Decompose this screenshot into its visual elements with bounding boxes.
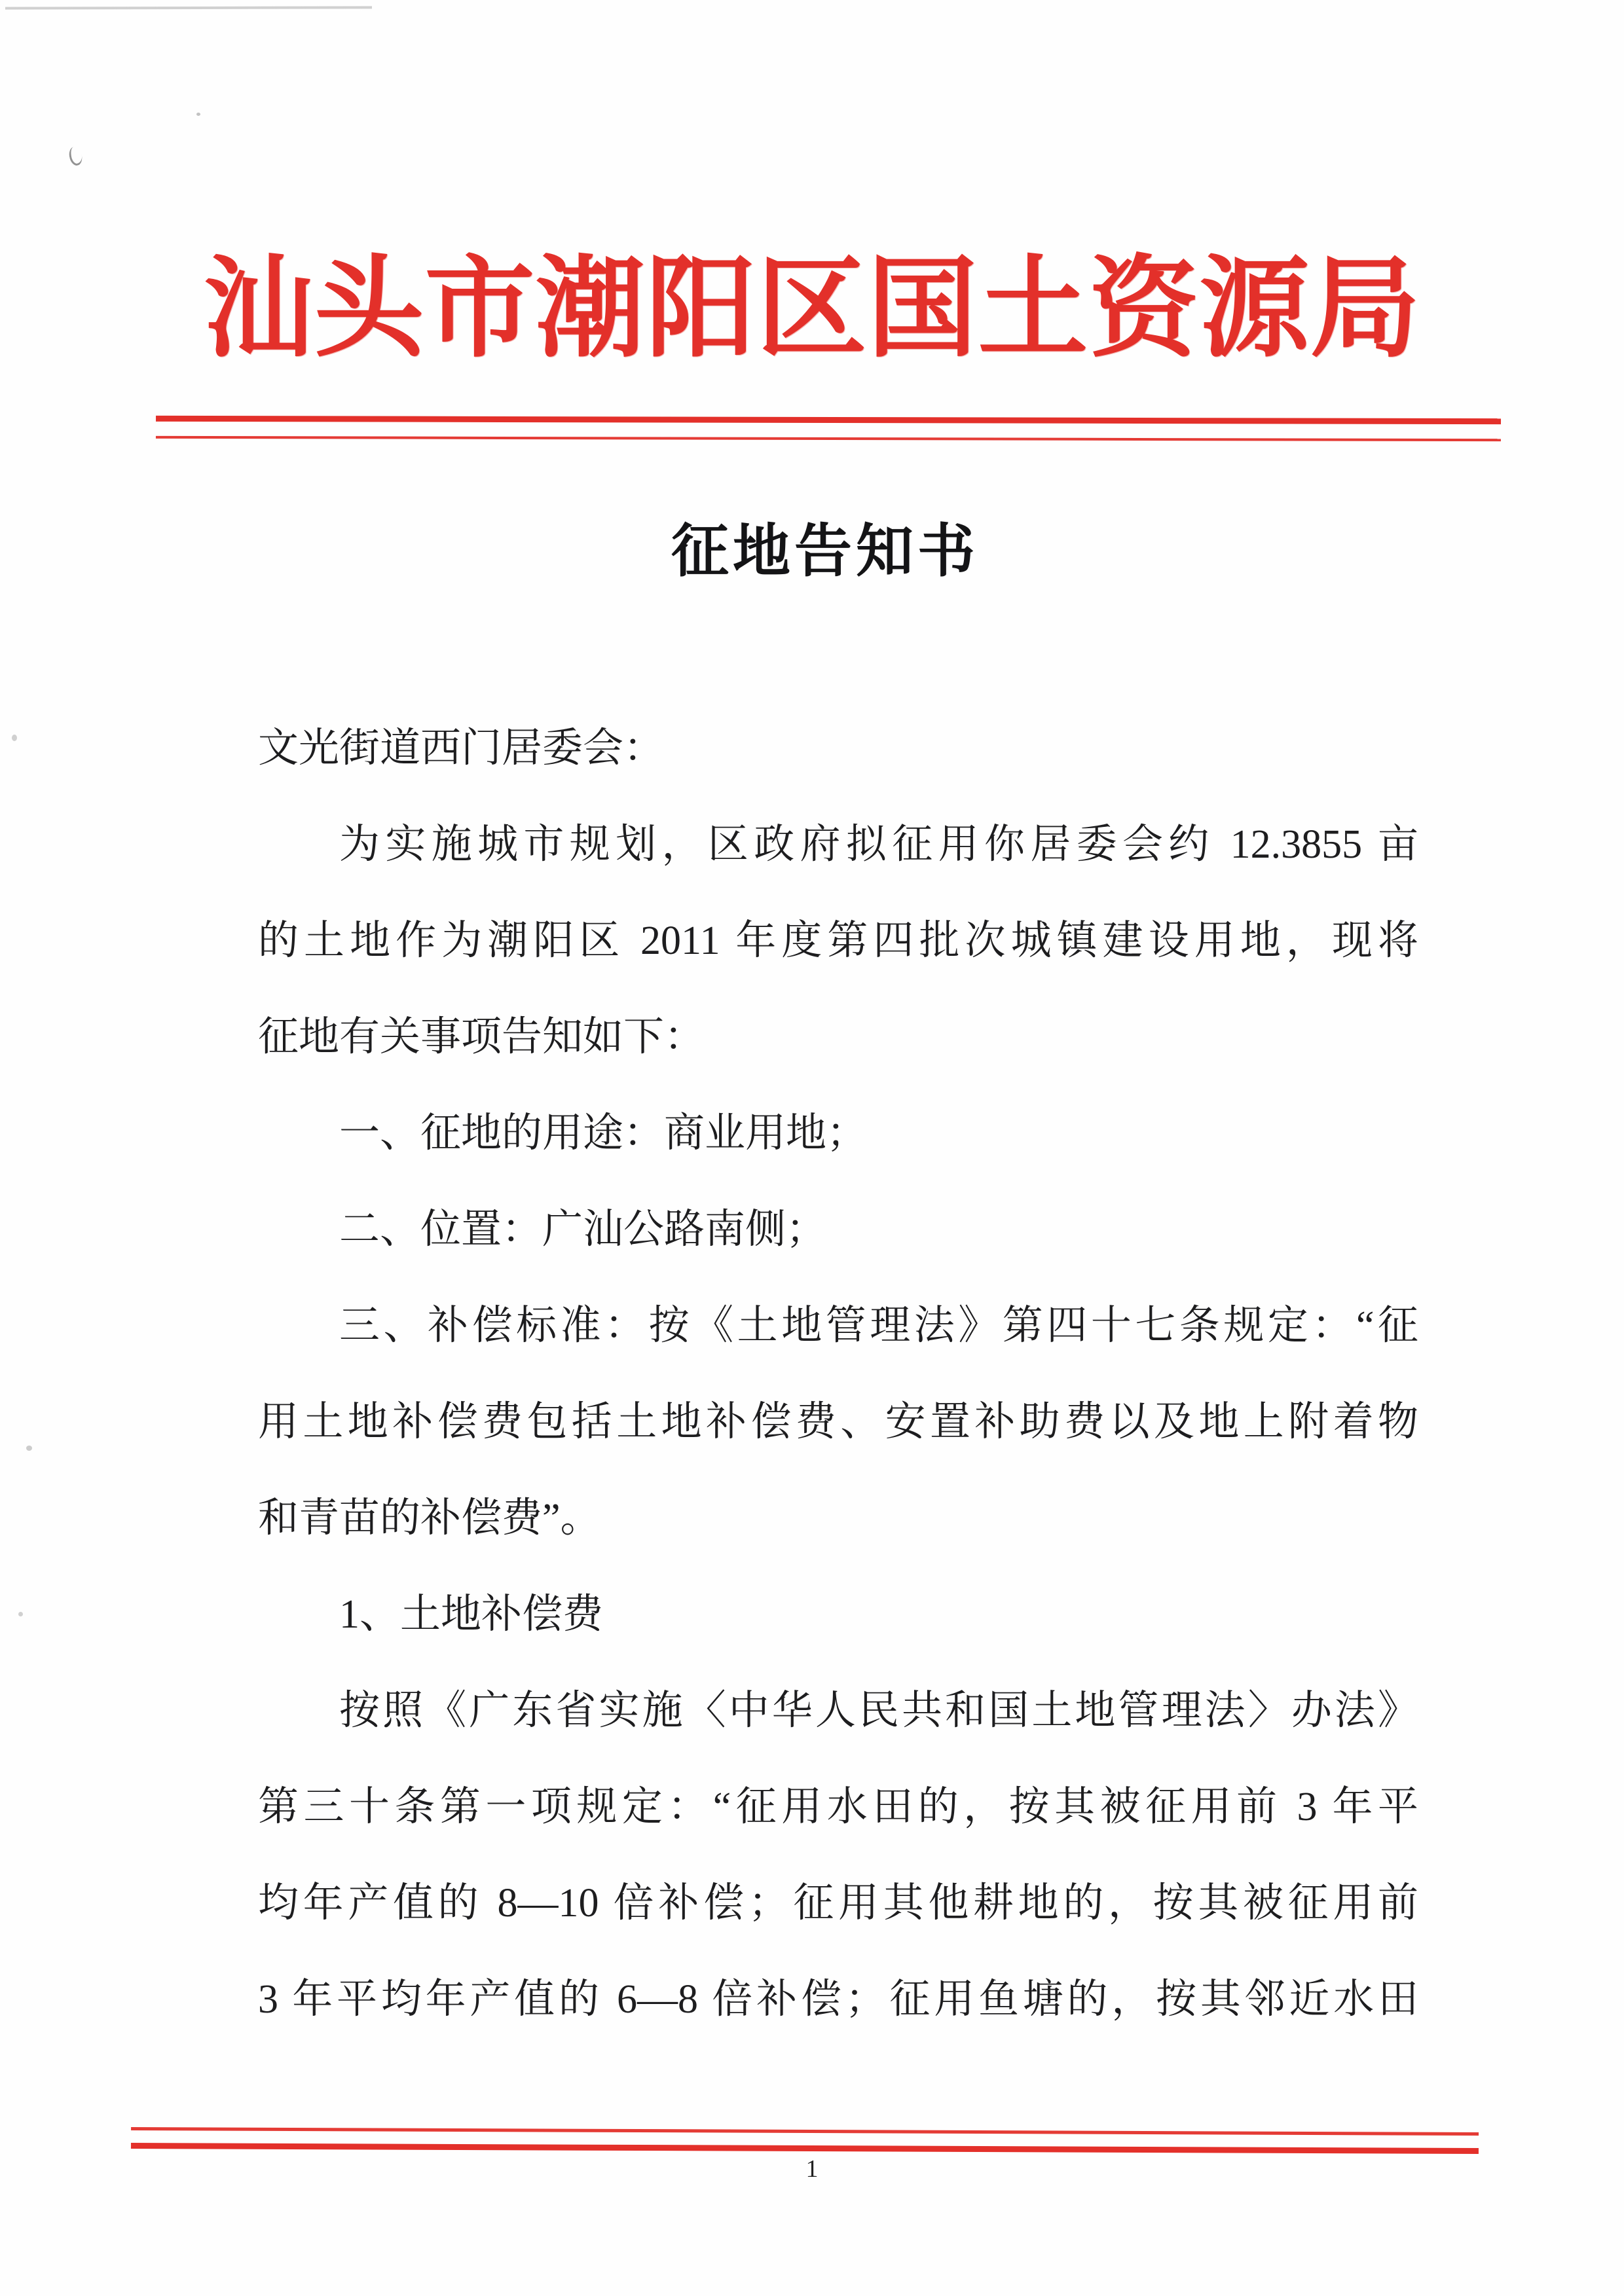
body-line: 按照《广东省实施〈中华人民共和国土地管理法〉办法》 [258,1663,1418,1759]
letterhead-agency-name: 汕头市潮阳区国土资源局 [0,241,1624,378]
body-line: 均年产值的 8—10 倍补偿；征用其他耕地的，按其被征用前 [258,1855,1418,1952]
body-line-item-3: 三、补偿标准：按《土地管理法》第四十七条规定：“征 [258,1278,1418,1374]
body-line-subitem-1: 1、土地补偿费 [258,1567,1418,1663]
body-line: 的土地作为潮阳区 2011 年度第四批次城镇建设用地，现将 [258,893,1418,989]
body-line: 和青苗的补偿费”。 [258,1470,1418,1567]
scan-edge-streak [5,6,372,9]
scan-speck [26,1446,32,1451]
scan-speck [196,113,200,116]
body-line: 用土地补偿费包括土地补偿费、安置补助费以及地上附着物 [258,1374,1418,1470]
salutation-line: 文光街道西门居委会： [258,701,1418,797]
body-line: 第三十条第一项规定：“征用水田的，按其被征用前 3 年平 [258,1759,1418,1855]
scanned-document-page: 汕头市潮阳区国土资源局 征地告知书 文光街道西门居委会： 为实施城市规划，区政府… [0,0,1624,2296]
page-number: 1 [0,2154,1624,2184]
document-body: 文光街道西门居委会： 为实施城市规划，区政府拟征用你居委会约 12.3855 亩… [258,701,1418,2048]
scan-speck [18,1612,23,1616]
letterhead-double-rule [156,416,1501,441]
body-line-item-2: 二、位置：广汕公路南侧； [258,1182,1418,1278]
body-line-item-1: 一、征地的用途：商业用地； [258,1085,1418,1182]
body-line: 为实施城市规划，区政府拟征用你居委会约 12.3855 亩 [258,797,1418,893]
scan-pen-speck [67,145,84,166]
scan-speck [12,735,17,741]
document-title: 征地告知书 [13,519,1624,587]
body-line: 征地有关事项告知如下： [258,989,1418,1085]
body-line: 3 年平均年产值的 6—8 倍补偿；征用鱼塘的，按其邻近水田 [258,1952,1418,2048]
footer-double-rule [131,2127,1479,2154]
